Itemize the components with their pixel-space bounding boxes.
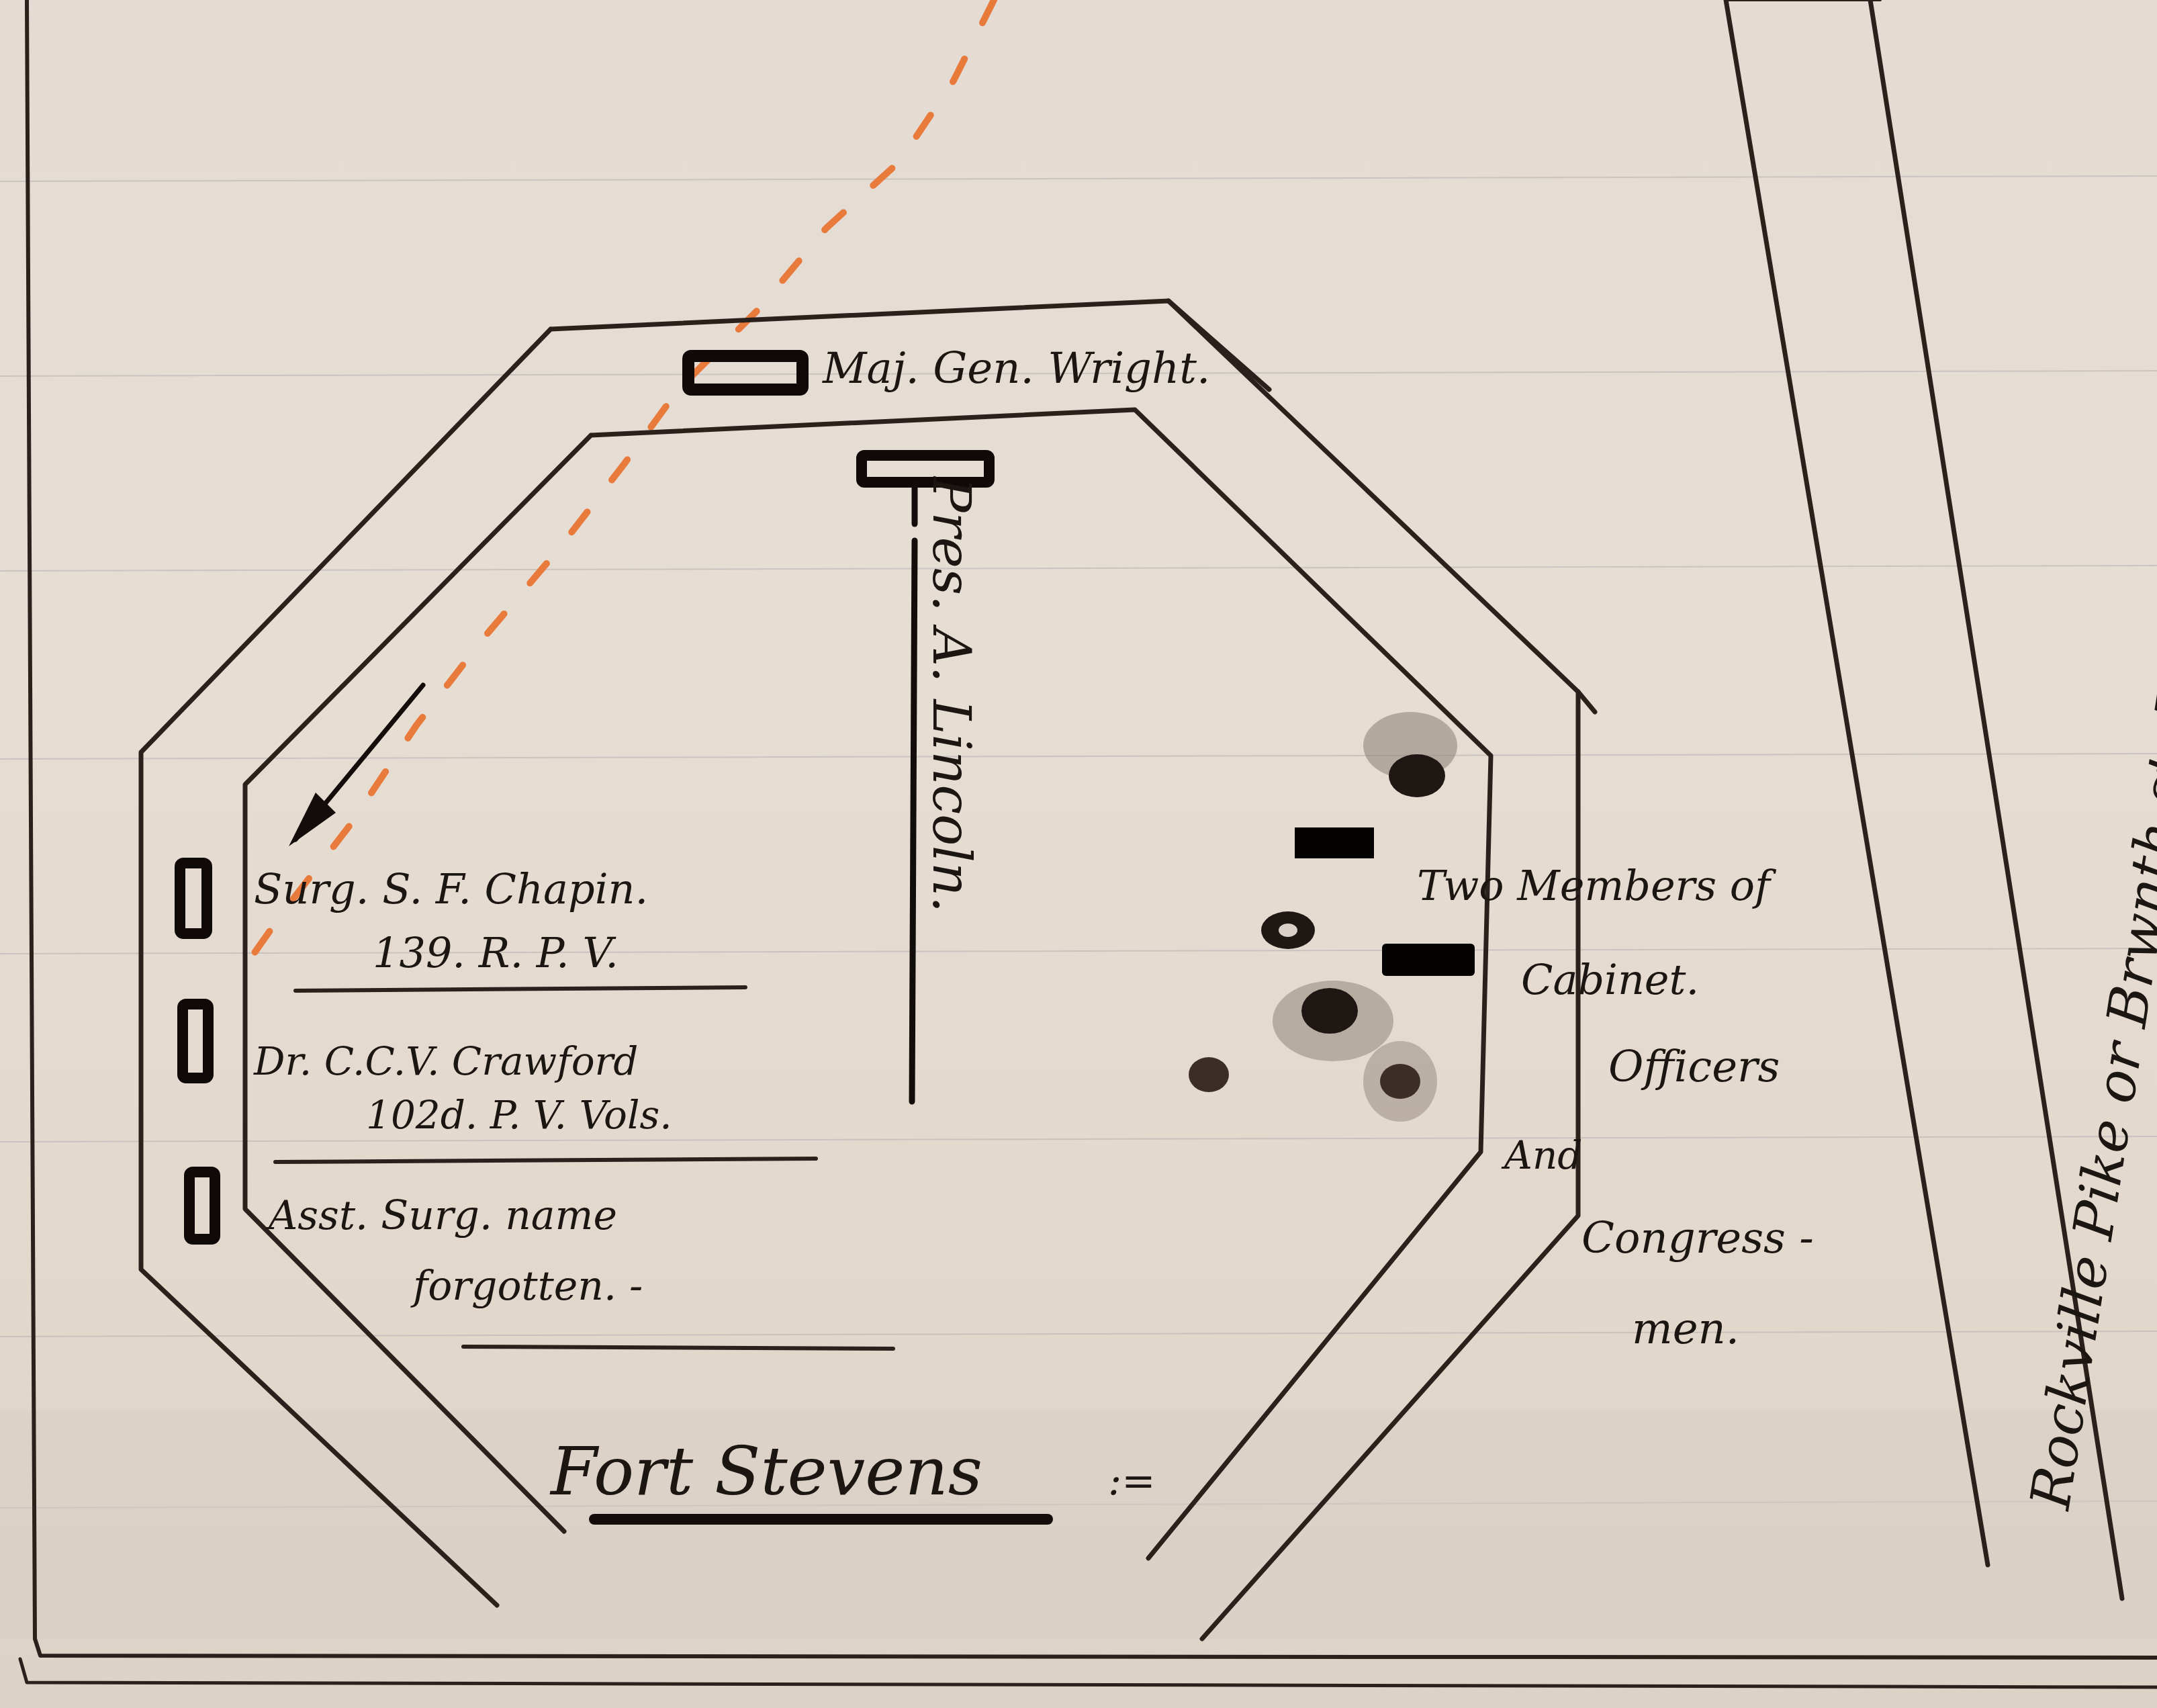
label-crawford-line2: 102d. P. V. Vols.	[366, 1092, 672, 1138]
marker-asst-surgeon	[189, 1172, 215, 1239]
marker-crawford	[183, 1004, 208, 1078]
arrow-icon	[289, 685, 423, 846]
label-wright: Maj. Gen. Wright.	[822, 344, 1210, 394]
divider-line	[295, 987, 745, 991]
label-road: Rockville Pike or Brwnth st. Road.	[2019, 557, 2157, 1515]
map-title-suffix: :=	[1108, 1457, 1156, 1504]
marker-wright	[688, 356, 802, 390]
fort-stevens-sketch-map: Maj. Gen. Wright. Pres. A. Lincoln. Surg…	[0, 0, 2157, 1708]
label-congress-line2: men.	[1632, 1304, 1739, 1354]
label-asst-line1: Asst. Surg. name	[265, 1192, 617, 1239]
divider-line	[463, 1347, 893, 1349]
label-lincoln: Pres. A. Lincoln.	[921, 476, 981, 913]
label-crawford-line1: Dr. C.C.V. Crawford	[253, 1038, 638, 1084]
label-congress-line1: Congress -	[1581, 1214, 1814, 1263]
map-page: Maj. Gen. Wright. Pres. A. Lincoln. Surg…	[0, 0, 2157, 1708]
label-and: And	[1501, 1132, 1582, 1178]
label-officers: Officers	[1608, 1042, 1780, 1092]
label-chapin-line1: Surg. S. F. Chapin.	[254, 864, 648, 913]
map-title: Fort Stevens	[549, 1432, 982, 1511]
label-chapin-line2: 139. R. P. V.	[373, 928, 618, 977]
orange-dashed-line	[235, 0, 994, 981]
marker-cabinet-2	[1382, 944, 1475, 976]
marker-cabinet-1	[1295, 827, 1374, 858]
fort-inner-wall	[245, 410, 1491, 1558]
label-asst-line2: forgotten. -	[410, 1263, 643, 1310]
ink-blots	[1189, 712, 1457, 1122]
divider-line	[275, 1159, 816, 1162]
marker-chapin	[180, 863, 207, 934]
label-cabinet-line2: Cabinet.	[1521, 955, 1699, 1004]
label-cabinet-line1: Two Members of	[1417, 861, 1777, 910]
